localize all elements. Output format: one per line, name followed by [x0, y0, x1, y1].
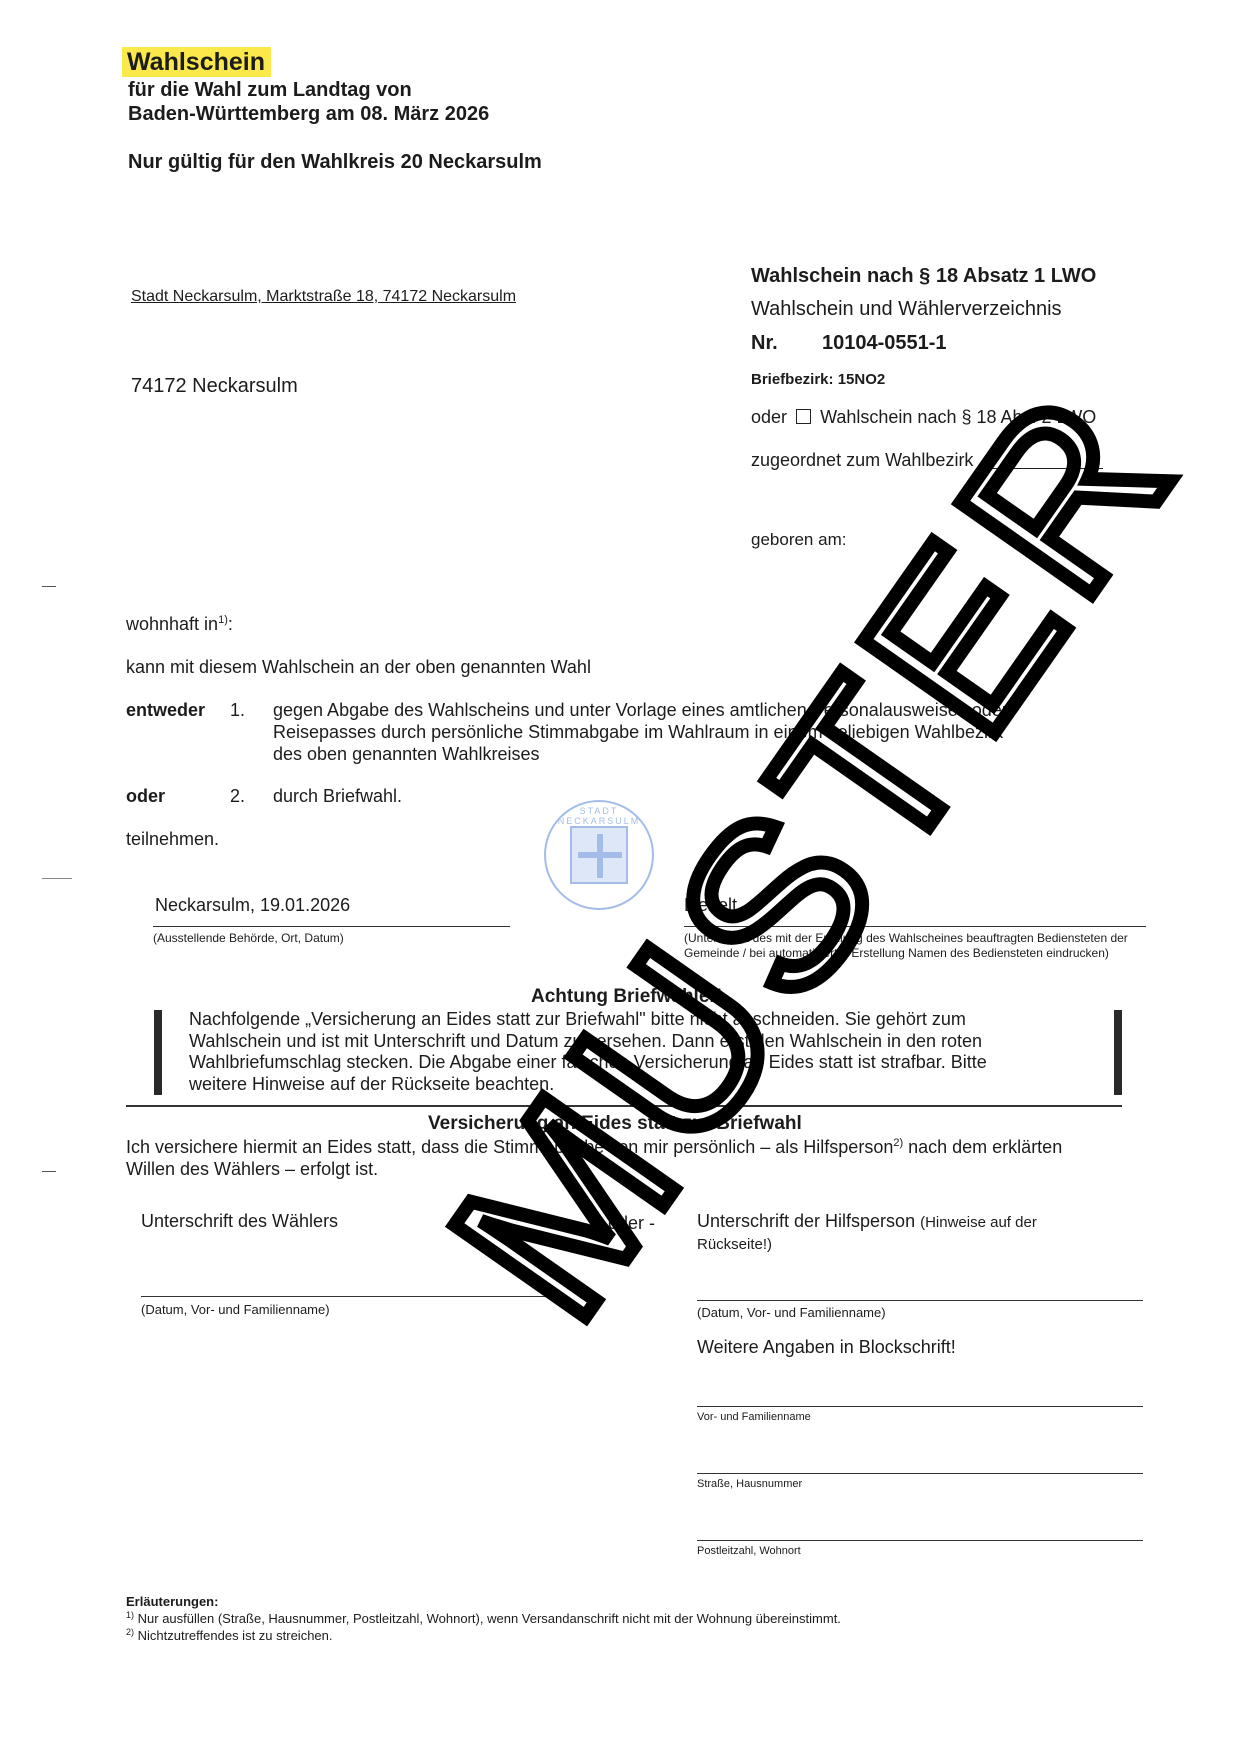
notice-title: Achtung Briefwähler! — [531, 986, 722, 1008]
field-city-label: Postleitzahl, Wohnort — [697, 1545, 801, 1557]
issue-place-date-caption: (Ausstellende Behörde, Ort, Datum) — [153, 931, 344, 945]
official-caption-line2: Gemeinde / bei automatisierter Erstellun… — [684, 946, 1109, 960]
return-address: Stadt Neckarsulm, Marktstraße 18, 74172 … — [131, 288, 516, 306]
notice-line1: Nachfolgende „Versicherung an Eides stat… — [189, 1009, 966, 1030]
option1-line1: gegen Abgabe des Wahlscheins und unter V… — [273, 700, 1008, 721]
notice-right-bar — [1114, 1010, 1122, 1095]
field-city-line[interactable] — [697, 1540, 1143, 1541]
footnote-2-text: Nichtzutreffendes ist zu streichen. — [138, 1628, 333, 1643]
fold-mark-bottom — [42, 1171, 56, 1172]
footnote-1-text: Nur ausfüllen (Straße, Hausnummer, Postl… — [138, 1611, 841, 1626]
block-letters-note: Weitere Angaben in Blockschrift! — [697, 1337, 956, 1358]
specimen-watermark: MUSTER — [400, 339, 1229, 1363]
field-name-line[interactable] — [697, 1406, 1143, 1407]
ballot-number-label: Nr. — [751, 332, 778, 355]
option1-keyword: entweder — [126, 700, 205, 721]
declaration-line1-text: Ich versichere hiermit an Eides statt, d… — [126, 1137, 893, 1157]
notice-line2: Wahlschein und ist mit Unterschrift und … — [189, 1031, 982, 1052]
field-street-label: Straße, Hausnummer — [697, 1478, 802, 1490]
option1-line2: Reisepasses durch persönliche Stimmabgab… — [273, 722, 1003, 743]
assigned-district: zugeordnet zum Wahlbezirk — [751, 450, 1103, 471]
alt-ballot-label: Wahlschein nach § 18 Abs. 2 LWO — [820, 407, 1096, 427]
issue-signature-line — [153, 926, 510, 927]
declaration-line1-end: nach dem erklärten — [903, 1137, 1062, 1157]
notice-title-text: Achtung Briefwähler — [531, 986, 717, 1007]
issue-place-date: Neckarsulm, 19.01.2026 — [155, 895, 350, 916]
footnote-1: 1) Nur ausfüllen (Straße, Hausnummer, Po… — [126, 1610, 841, 1626]
option2-number: 2. — [230, 786, 245, 807]
helper-signature-field[interactable] — [697, 1300, 1143, 1301]
recipient-city: 74172 Neckarsulm — [131, 375, 298, 398]
alt-ballot-option: oder Wahlschein nach § 18 Abs. 2 LWO — [751, 407, 1096, 428]
helper-signature-label: Unterschrift der Hilfsperson (Hinweise a… — [697, 1211, 1037, 1232]
footnote-1-mark: 1) — [126, 1610, 134, 1620]
voter-signature-caption: (Datum, Vor- und Familienname) — [141, 1302, 330, 1317]
option1-number: 1. — [230, 700, 245, 721]
footnote-2-mark: 2) — [126, 1627, 134, 1637]
footnote-ref-2: 2) — [893, 1137, 903, 1149]
field-name-label: Vor- und Familienname — [697, 1411, 811, 1423]
resident-label: wohnhaft in1): — [126, 614, 233, 635]
footnotes-title: Erläuterungen: — [126, 1594, 218, 1609]
alt-prefix: oder — [751, 407, 787, 427]
alt-ballot-checkbox[interactable] — [796, 409, 811, 424]
official-caption-line1: (Unterschrift des mit der Erteilung des … — [684, 931, 1128, 945]
document-title: Wahlschein — [122, 47, 271, 77]
option1-line3: des oben genannten Wahlkreises — [273, 744, 540, 765]
notice-title-exclaim: ! — [717, 986, 722, 1007]
postal-district: Briefbezirk: 15NO2 — [751, 371, 885, 388]
field-street-line[interactable] — [697, 1473, 1143, 1474]
participation-intro: kann mit diesem Wahlschein an der oben g… — [126, 657, 591, 678]
register-label: Wahlschein und Wählerverzeichnis — [751, 298, 1062, 321]
declaration-line2: Willen des Wählers – erfolgt ist. — [126, 1159, 378, 1180]
fold-mark-top — [42, 586, 56, 587]
election-name: für die Wahl zum Landtag von — [128, 79, 412, 102]
option2-text: durch Briefwahl. — [273, 786, 402, 807]
official-seal: STADT NECKARSULM — [544, 800, 654, 910]
notice-line4: weitere Hinweise auf der Rückseite beach… — [189, 1074, 554, 1095]
fold-mark-hole — [42, 878, 72, 879]
ballot-type-title: Wahlschein nach § 18 Absatz 1 LWO — [751, 265, 1096, 288]
assigned-district-label: zugeordnet zum Wahlbezirk — [751, 450, 973, 470]
helper-hint-line1: (Hinweise auf der — [920, 1214, 1037, 1231]
cut-line — [126, 1105, 1122, 1107]
footnote-ref-1: 1) — [218, 614, 228, 626]
voter-signature-field[interactable] — [141, 1296, 558, 1297]
notice-left-bar — [154, 1010, 162, 1095]
constituency-validity: Nur gültig für den Wahlkreis 20 Neckarsu… — [128, 151, 542, 174]
official-signature-line — [684, 926, 1146, 927]
election-date: Baden-Württemberg am 08. März 2026 — [128, 103, 489, 126]
ballot-number: 10104-0551-1 — [822, 332, 947, 355]
seal-coat-of-arms-icon — [570, 826, 628, 884]
signature-separator: - oder - — [597, 1213, 655, 1234]
helper-signature-label-text: Unterschrift der Hilfsperson — [697, 1211, 915, 1231]
voter-signature-label: Unterschrift des Wählers — [141, 1211, 338, 1232]
official-name: Liebelt — [684, 895, 737, 916]
resident-colon: : — [228, 614, 233, 634]
declaration-line1: Ich versichere hiermit an Eides statt, d… — [126, 1137, 1062, 1158]
participation-closing: teilnehmen. — [126, 829, 219, 850]
helper-hint-line2: Rückseite!) — [697, 1236, 772, 1253]
footnote-2: 2) Nichtzutreffendes ist zu streichen. — [126, 1627, 333, 1643]
helper-signature-caption: (Datum, Vor- und Familienname) — [697, 1305, 886, 1320]
resident-label-text: wohnhaft in — [126, 614, 218, 634]
assigned-district-field[interactable] — [977, 453, 1103, 469]
option2-keyword: oder — [126, 786, 165, 807]
seal-text: STADT NECKARSULM — [546, 806, 652, 826]
declaration-title: Versicherung an Eides statt zur Briefwah… — [428, 1113, 802, 1135]
born-label: geboren am: — [751, 530, 846, 550]
notice-line3: Wahlbriefumschlag stecken. Die Abgabe ei… — [189, 1052, 987, 1073]
